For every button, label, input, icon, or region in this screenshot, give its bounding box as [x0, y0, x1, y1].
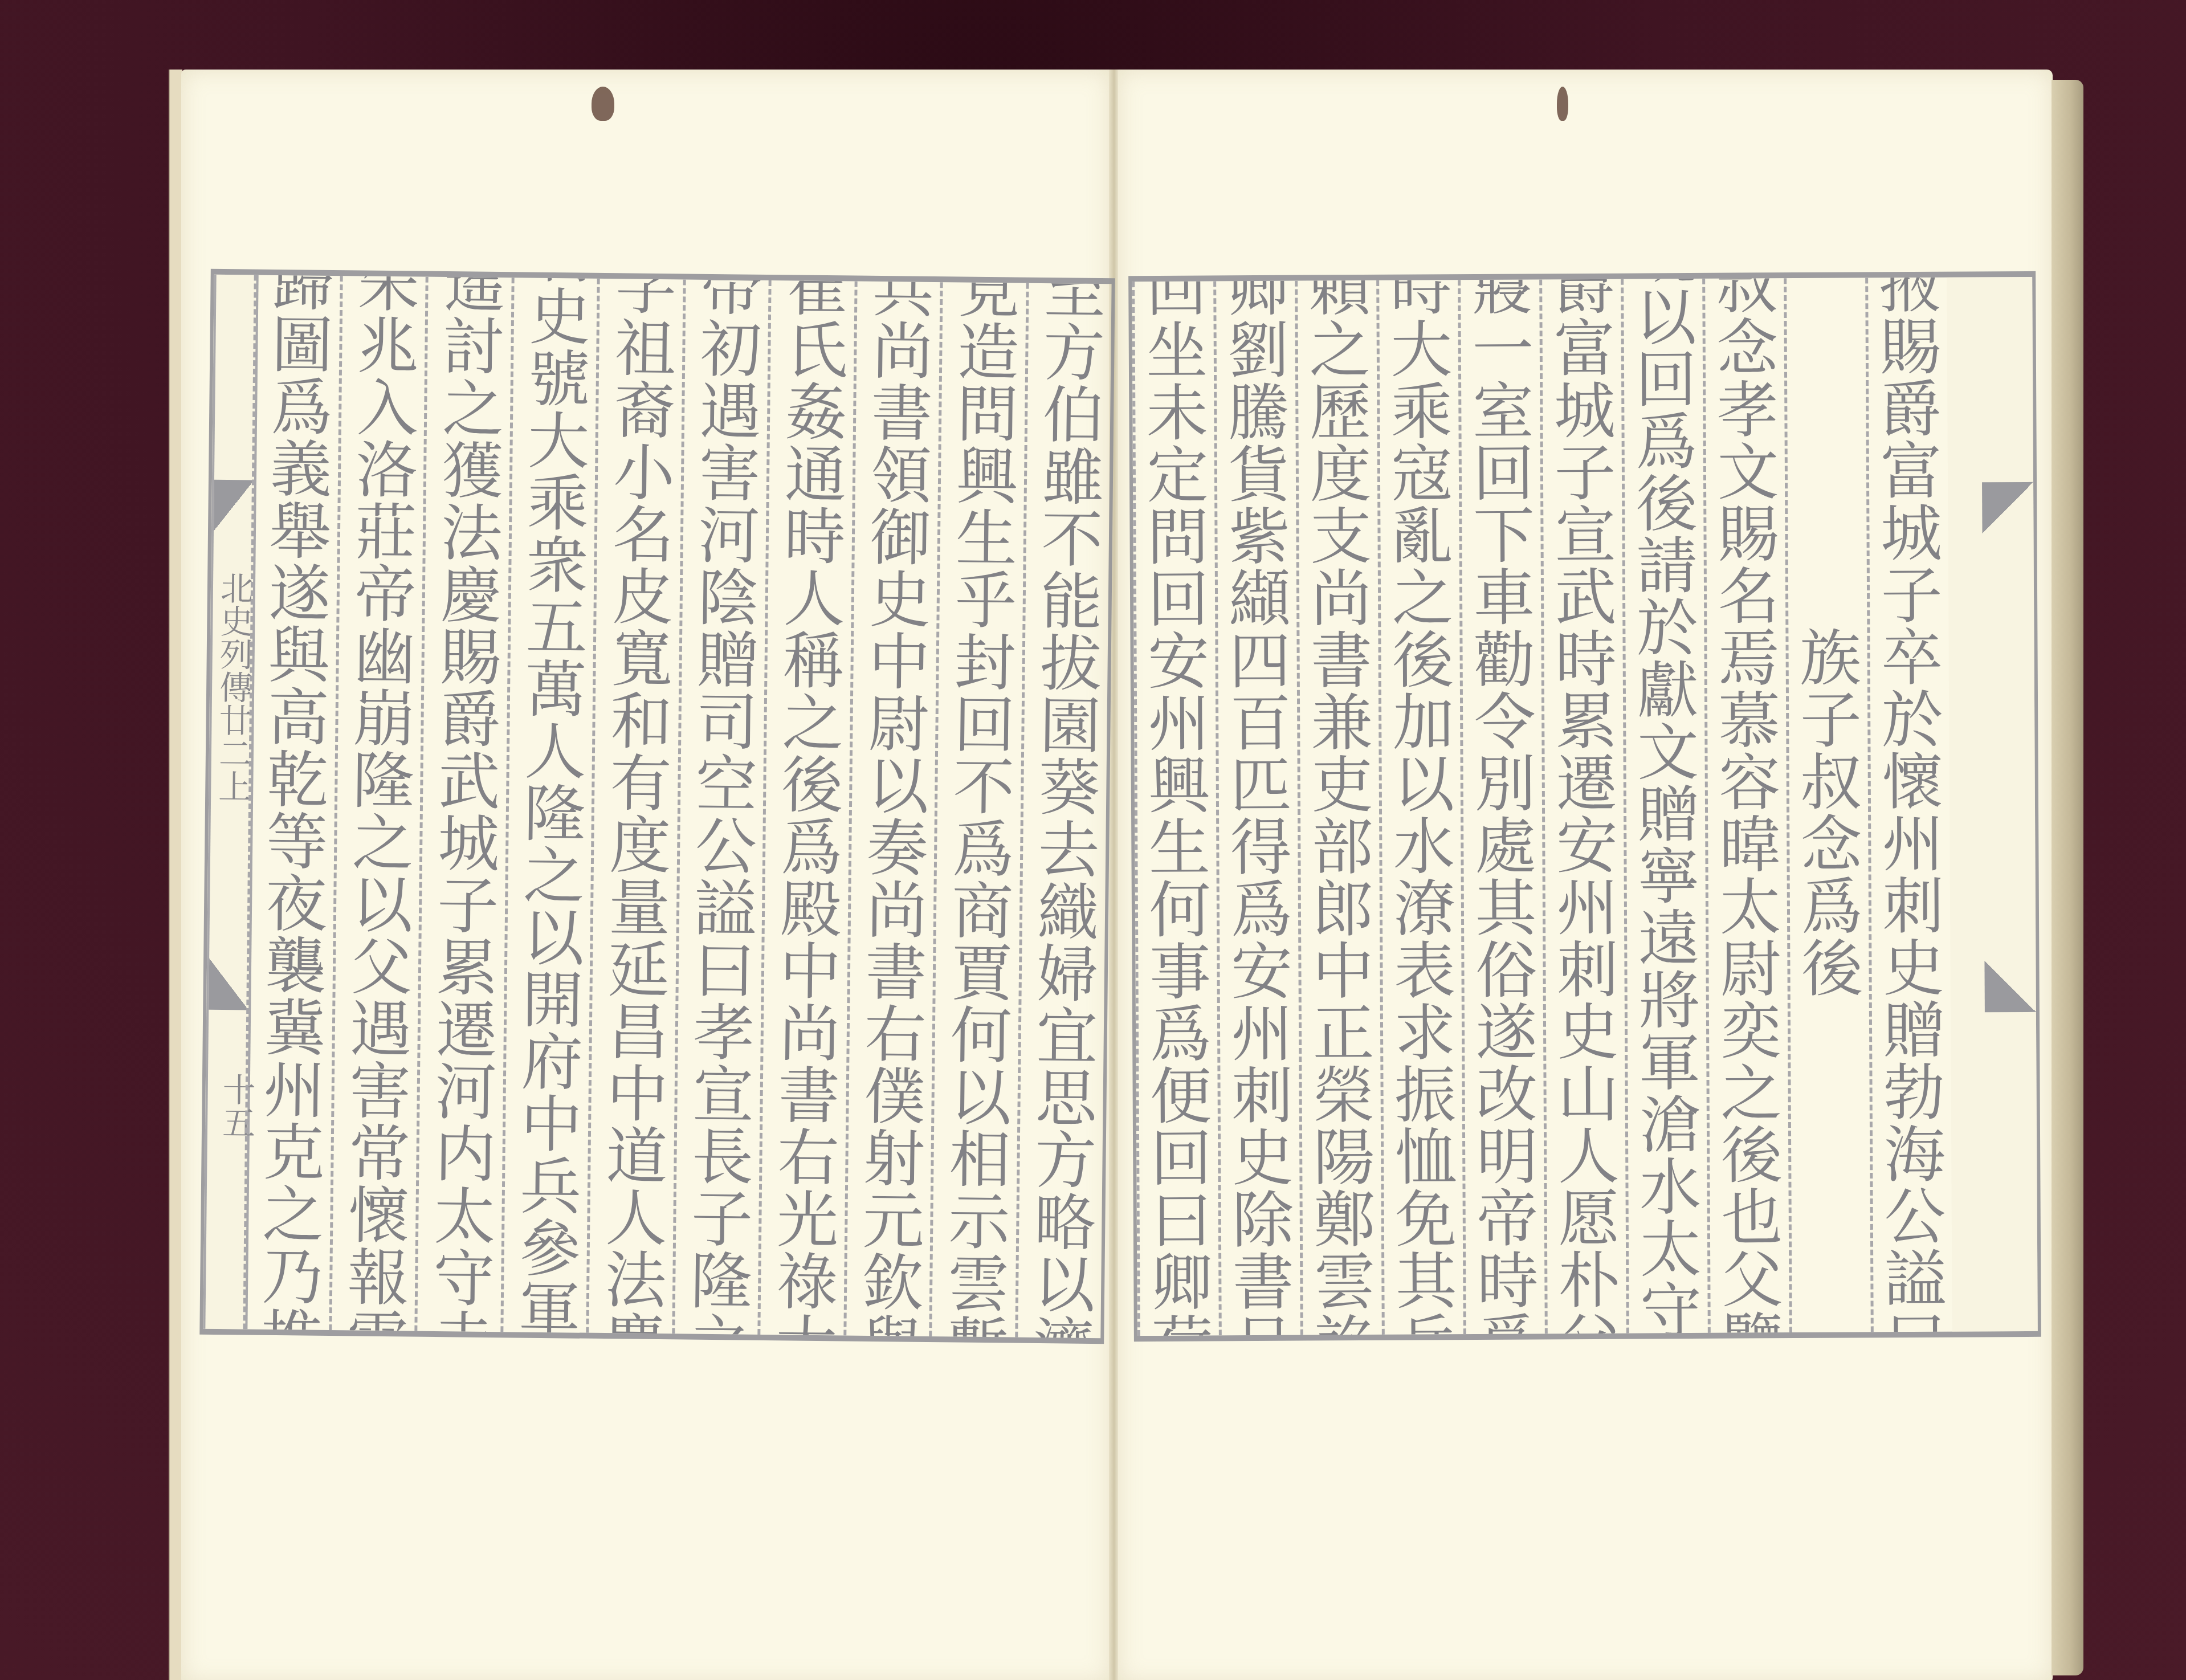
text-column: 回字叔念孝文賜名焉慕容暐太尉奕之後也父鑒初慕 [1702, 278, 1789, 1333]
text-column: 節東歸圖爲義舉遂與高乾等夜襲冀州克之乃推爲刺 [243, 275, 340, 1330]
right-page-margin-column [1947, 277, 2038, 1332]
text-column: 轉七兵尚書領御史中尉以奏尚書右僕射元欽與從兄 [843, 282, 940, 1336]
worm-hole [592, 87, 614, 121]
text-column: 族同寢一室回下車勸令別處其俗遂改明帝時爲瀛州 [1458, 279, 1545, 1334]
right-page-text-frame: 使張掖賜爵富城子卒於懷州刺史贈勃海公謚曰定以 族子叔念爲後 回字叔念孝文賜名焉慕… [1128, 271, 2041, 1341]
fishtail-mark-icon [209, 959, 249, 1010]
text-column: 帝初遇害河陰贈司空公謚曰孝宣長子隆之 [672, 279, 769, 1334]
book-spine-edge [169, 70, 182, 1680]
text-column: 刺史時大乘寇亂之後加以水潦表求振恤免其兵調州 [1376, 280, 1463, 1335]
fishtail-mark-icon [1982, 482, 2033, 533]
margin-book-title: 北史列傳廿二上 [215, 571, 251, 803]
text-column: 如何見造問興生乎封回不爲商賈何以相示雲慙失色 [929, 282, 1026, 1337]
text-column: 冀州刺史號大乘衆五萬人隆之以開府中兵參軍與大都 [500, 278, 597, 1332]
worm-hole [1557, 87, 1568, 121]
text-column: 督元遥討之獲法慶賜爵武城子累遷河内太守未到郡 [414, 277, 511, 1332]
left-page-columns: 靈位至方伯雖不能拔園葵去織婦宜思方略以濟百姓 如何見造問興生乎封回不爲商賈何以相… [243, 275, 1111, 1339]
text-column: 麗妻崔氏姦通時人稱之後爲殿中尚書右光祿大夫莊 [757, 280, 854, 1335]
page-stack-edge [2052, 80, 2083, 1675]
right-page-columns: 使張掖賜爵富城子卒於懷州刺史贈勃海公謚曰定以 族子叔念爲後 回字叔念孝文賜名焉慕… [1132, 278, 1952, 1336]
left-page-text-frame: 北史列傳廿二上 十五 靈位至方伯雖不能拔園葵去織婦宜思方略以濟百姓 如何見造問興… [199, 269, 1115, 1344]
fishtail-mark-icon [214, 480, 254, 532]
text-column: 内賴之歷度支尚書兼吏部郎中正榮陽鄭雲諂事 [1295, 280, 1382, 1335]
text-column: 往詣回坐未定問回安州興生何事爲便回曰卿荷國寵 [1132, 281, 1219, 1336]
fishtail-mark-icon [1984, 961, 2036, 1012]
text-column: 磨叙爵富城子宣武時累遷安州刺史山人愿朴父子賓 [1539, 279, 1626, 1334]
text-column: 叙既以回爲後請於獻文贈寧遠將軍滄水太守回襲 [1621, 279, 1708, 1334]
text-column: 屬爾朱兆入洛莊帝幽崩隆之以父遇害常懷報雪因持 [329, 276, 426, 1331]
text-column: 靈位至方伯雖不能拔園葵去織婦宜思方略以濟百姓 [1015, 283, 1112, 1338]
text-column: 使張掖賜爵富城子卒於懷州刺史贈勃海公謚曰定以 [1865, 278, 1952, 1332]
text-column: 族子叔念爲後 [1784, 278, 1871, 1332]
text-column: 長秋卿劉騰貨紫纈四百匹得爲安州刺史除書旦出晚 [1213, 281, 1300, 1336]
text-column: 隆之字祖裔小名皮寬和有度量延昌中道人法慶作亂 [586, 279, 683, 1334]
